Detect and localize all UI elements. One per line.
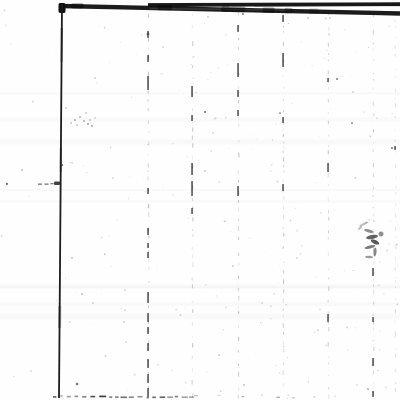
speck — [76, 383, 79, 386]
speck — [307, 17, 309, 19]
speck — [242, 13, 244, 15]
speck — [125, 341, 127, 343]
scan-render-surface — [0, 0, 400, 400]
speck — [391, 147, 393, 149]
top-rule — [148, 4, 400, 5]
speck — [21, 169, 23, 171]
scanned-document-page — [0, 0, 400, 400]
speck — [204, 111, 206, 113]
speck — [243, 384, 245, 386]
speck — [124, 289, 126, 291]
speck — [147, 33, 150, 36]
speck — [124, 309, 126, 311]
speck — [92, 302, 94, 304]
speck — [367, 388, 369, 390]
speck — [212, 132, 214, 134]
speck — [61, 164, 63, 166]
speck — [329, 17, 331, 19]
speck — [218, 354, 220, 356]
speck — [279, 112, 281, 114]
speck — [81, 293, 83, 295]
speck — [336, 78, 338, 80]
speck — [296, 257, 298, 259]
speck — [207, 16, 209, 18]
speck — [94, 77, 96, 79]
speck — [352, 91, 354, 93]
speck — [71, 257, 73, 259]
speck — [351, 122, 353, 124]
speck — [162, 46, 164, 48]
speck — [123, 321, 125, 323]
speck — [112, 177, 114, 179]
speck — [261, 302, 263, 304]
